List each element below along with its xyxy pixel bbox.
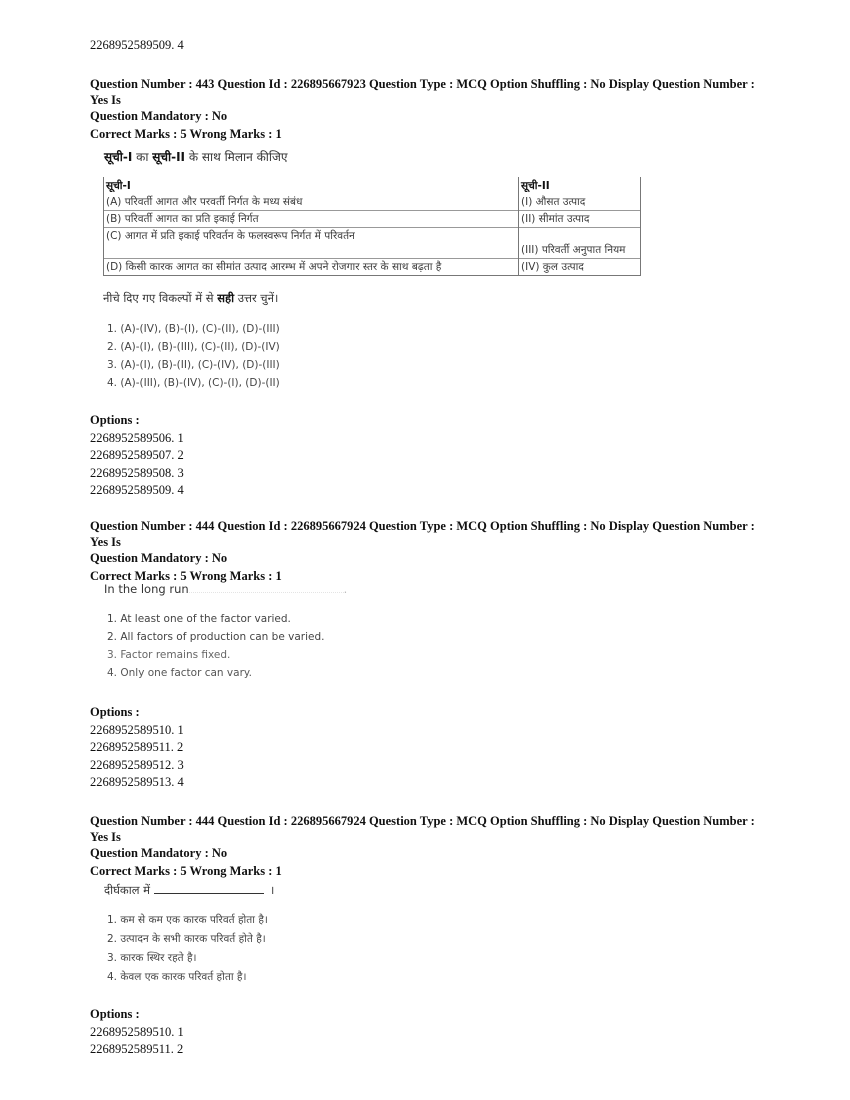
prompt-text: के साथ मिलान कीजिए — [185, 150, 288, 164]
prompt-text: का — [132, 150, 152, 164]
choice-4: 4. Only one factor can vary. — [107, 664, 324, 682]
table-row: (C) आगत में प्रति इकाई परिवर्तन के फलस्व… — [104, 228, 641, 259]
table-cell-right: (I) औसत उत्पाद — [519, 194, 641, 211]
choice-2: 2. उत्पादन के सभी कारक परिवर्त होते है। — [107, 930, 268, 949]
choice-2: 2. All factors of production can be vari… — [107, 628, 324, 646]
table-cell-left: (A) परिवर्ती आगत और परवर्ती निर्गत के मध… — [104, 194, 519, 211]
question-marks: Correct Marks : 5 Wrong Marks : 1 — [90, 863, 770, 879]
options-label: Options : — [90, 704, 184, 722]
option-id: 2268952589510. 1 — [90, 722, 184, 740]
table-cell-left: (C) आगत में प्रति इकाई परिवर्तन के फलस्व… — [104, 228, 519, 259]
table-header-list-1: सूची-I — [104, 177, 519, 194]
choice-3: 3. कारक स्थिर रहते है। — [107, 949, 268, 968]
choice-2: 2. (A)-(I), (B)-(III), (C)-(II), (D)-(IV… — [107, 338, 280, 356]
question-444-hindi-meta: Question Number : 444 Question Id : 2268… — [90, 813, 770, 879]
instruction-text: नीचे दिए गए विकल्पों में से — [103, 291, 217, 305]
choice-4: 4. (A)-(III), (B)-(IV), (C)-(I), (D)-(II… — [107, 374, 280, 392]
question-444-options: Options : 2268952589510. 1 2268952589511… — [90, 704, 184, 792]
option-id: 2268952589511. 2 — [90, 739, 184, 757]
answer-blank — [154, 883, 264, 894]
question-444-hindi-options: Options : 2268952589510. 1 2268952589511… — [90, 1006, 184, 1059]
table-header-list-2: सूची-II — [519, 177, 641, 194]
prompt-list-2: सूची-II — [152, 150, 185, 164]
question-443-options: Options : 2268952589506. 1 2268952589507… — [90, 412, 184, 500]
question-443-prompt: सूची-I का सूची-II के साथ मिलान कीजिए — [104, 148, 288, 165]
question-443-choices: 1. (A)-(IV), (B)-(I), (C)-(II), (D)-(III… — [107, 320, 280, 392]
previous-option-line: 2268952589509. 4 — [90, 37, 184, 53]
instruction-emphasis: सही — [217, 291, 234, 305]
question-443-meta: Question Number : 443 Question Id : 2268… — [90, 76, 770, 142]
option-id: 2268952589511. 2 — [90, 1041, 184, 1059]
prompt-list-1: सूची-I — [104, 150, 132, 164]
option-id: 2268952589510. 1 — [90, 1024, 184, 1042]
table-cell-right: (IV) कुल उत्पाद — [519, 259, 641, 276]
question-444-prompt: In the long run. — [104, 582, 347, 597]
option-id: 2268952589506. 1 — [90, 430, 184, 448]
question-meta-line1: Question Number : 444 Question Id : 2268… — [90, 518, 770, 550]
option-id: 2268952589513. 4 — [90, 774, 184, 792]
choice-1: 1. At least one of the factor varied. — [107, 610, 324, 628]
option-id: 2268952589512. 3 — [90, 757, 184, 775]
question-meta-line1: Question Number : 443 Question Id : 2268… — [90, 76, 770, 108]
options-label: Options : — [90, 412, 184, 430]
table-cell-right: (III) परिवर्ती अनुपात नियम — [519, 228, 641, 259]
choice-4: 4. केवल एक कारक परिवर्त होता है। — [107, 968, 268, 987]
table-cell-right: (II) सीमांत उत्पाद — [519, 211, 641, 228]
table-cell-left: (D) किसी कारक आगत का सीमांत उत्पाद आरम्भ… — [104, 259, 519, 276]
table-row: (A) परिवर्ती आगत और परवर्ती निर्गत के मध… — [104, 194, 641, 211]
question-443-instruction: नीचे दिए गए विकल्पों में से सही उत्तर चु… — [103, 291, 278, 306]
prompt-text: In the long run — [104, 582, 189, 596]
question-444-choices: 1. At least one of the factor varied. 2.… — [107, 610, 324, 682]
question-meta-line1: Question Number : 444 Question Id : 2268… — [90, 813, 770, 845]
answer-blank — [189, 584, 344, 593]
option-id: 2268952589509. 4 — [90, 482, 184, 500]
table-row: (D) किसी कारक आगत का सीमांत उत्पाद आरम्भ… — [104, 259, 641, 276]
match-table: सूची-I सूची-II (A) परिवर्ती आगत और परवर्… — [103, 177, 641, 276]
options-label: Options : — [90, 1006, 184, 1024]
question-marks: Correct Marks : 5 Wrong Marks : 1 — [90, 126, 770, 142]
choice-1: 1. कम से कम एक कारक परिवर्त होता है। — [107, 911, 268, 930]
prompt-text: दीर्घकाल में — [104, 883, 150, 897]
table-cell-left: (B) परिवर्ती आगत का प्रति इकाई निर्गत — [104, 211, 519, 228]
question-meta-line2: Question Mandatory : No — [90, 108, 770, 124]
choice-1: 1. (A)-(IV), (B)-(I), (C)-(II), (D)-(III… — [107, 320, 280, 338]
option-id: 2268952589508. 3 — [90, 465, 184, 483]
question-meta-line2: Question Mandatory : No — [90, 550, 770, 566]
table-header-row: सूची-I सूची-II — [104, 177, 641, 194]
question-444-hindi-choices: 1. कम से कम एक कारक परिवर्त होता है। 2. … — [107, 911, 268, 987]
question-444-hindi-prompt: दीर्घकाल में। — [104, 883, 274, 898]
table-row: (B) परिवर्ती आगत का प्रति इकाई निर्गत (I… — [104, 211, 641, 228]
prompt-end: । — [270, 883, 274, 897]
choice-3: 3. (A)-(I), (B)-(II), (C)-(IV), (D)-(III… — [107, 356, 280, 374]
instruction-text: उत्तर चुनें। — [234, 291, 278, 305]
option-id: 2268952589507. 2 — [90, 447, 184, 465]
choice-3: 3. Factor remains fixed. — [107, 646, 324, 664]
prompt-end: . — [344, 582, 348, 596]
question-meta-line2: Question Mandatory : No — [90, 845, 770, 861]
question-444-meta: Question Number : 444 Question Id : 2268… — [90, 518, 770, 584]
